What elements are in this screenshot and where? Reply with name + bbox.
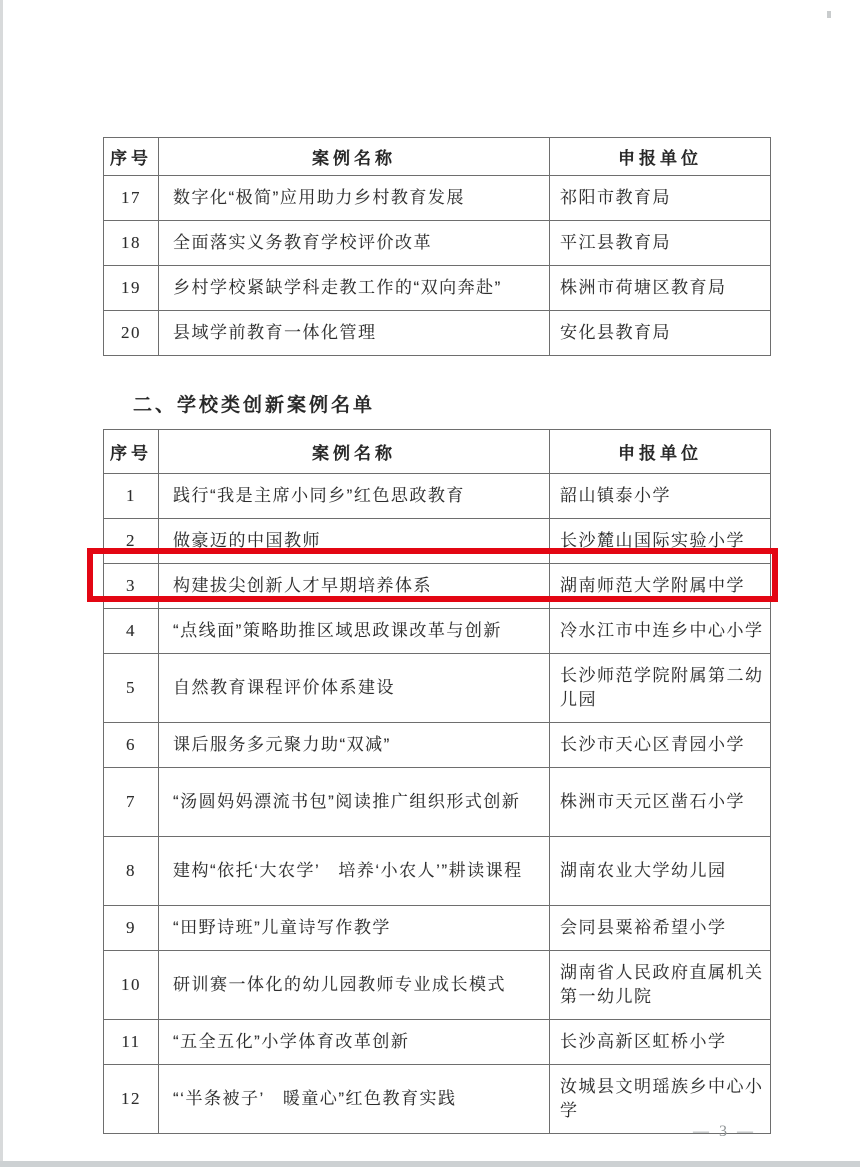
- unit-cell: 冷水江市中连乡中心小学: [550, 609, 771, 654]
- case-name-cell: 数字化“极简”应用助力乡村教育发展: [159, 176, 550, 221]
- row-number-cell: 9: [104, 906, 159, 951]
- case-name-cell: 研训赛一体化的幼儿园教师专业成长模式: [159, 951, 550, 1020]
- paper-edge-bottom: [0, 1161, 860, 1167]
- section-heading-school-cases: 二、学校类创新案例名单: [133, 390, 375, 417]
- table-header-row: 序号 案例名称 申报单位: [104, 430, 771, 474]
- table-row: 10研训赛一体化的幼儿园教师专业成长模式湖南省人民政府直属机关第一幼儿院: [104, 951, 771, 1020]
- unit-cell: 长沙师范学院附属第二幼儿园: [550, 654, 771, 723]
- table-row: 2做豪迈的中国教师长沙麓山国际实验小学: [104, 519, 771, 564]
- school-cases-table: 序号 案例名称 申报单位 1践行“我是主席小同乡”红色思政教育韶山镇泰小学2做豪…: [103, 429, 771, 1134]
- paper-edge-left: [0, 0, 3, 1167]
- table-row: 19乡村学校紧缺学科走教工作的“双向奔赴”株洲市荷塘区教育局: [104, 266, 771, 311]
- row-number-cell: 5: [104, 654, 159, 723]
- row-number-cell: 20: [104, 311, 159, 356]
- table-row: 7“汤圆妈妈漂流书包”阅读推广组织形式创新株洲市天元区凿石小学: [104, 768, 771, 837]
- case-name-cell: 践行“我是主席小同乡”红色思政教育: [159, 474, 550, 519]
- row-number-cell: 19: [104, 266, 159, 311]
- unit-cell: 平江县教育局: [550, 221, 771, 266]
- case-name-cell: 构建拔尖创新人才早期培养体系: [159, 564, 550, 609]
- case-name-cell: 自然教育课程评价体系建设: [159, 654, 550, 723]
- header-cell-case-name: 案例名称: [159, 138, 550, 176]
- case-name-cell: 建构“依托‘大农学’ 培养‘小农人’”耕读课程: [159, 837, 550, 906]
- case-name-cell: 县域学前教育一体化管理: [159, 311, 550, 356]
- unit-cell: 安化县教育局: [550, 311, 771, 356]
- table-row: 1践行“我是主席小同乡”红色思政教育韶山镇泰小学: [104, 474, 771, 519]
- case-name-cell: 做豪迈的中国教师: [159, 519, 550, 564]
- header-cell-case-name: 案例名称: [159, 430, 550, 474]
- table-row: 4“点线面”策略助推区域思政课改革与创新冷水江市中连乡中心小学: [104, 609, 771, 654]
- table-row: 9“田野诗班”儿童诗写作教学会同县粟裕希望小学: [104, 906, 771, 951]
- case-name-cell: 乡村学校紧缺学科走教工作的“双向奔赴”: [159, 266, 550, 311]
- table-row: 18全面落实义务教育学校评价改革平江县教育局: [104, 221, 771, 266]
- case-name-cell: 课后服务多元聚力助“双减”: [159, 723, 550, 768]
- unit-cell: 株洲市荷塘区教育局: [550, 266, 771, 311]
- row-number-cell: 1: [104, 474, 159, 519]
- case-name-cell: “点线面”策略助推区域思政课改革与创新: [159, 609, 550, 654]
- table-row: 11“五全五化”小学体育改革创新长沙高新区虹桥小学: [104, 1020, 771, 1065]
- row-number-cell: 6: [104, 723, 159, 768]
- header-cell-unit: 申报单位: [550, 138, 771, 176]
- unit-cell: 长沙麓山国际实验小学: [550, 519, 771, 564]
- row-number-cell: 4: [104, 609, 159, 654]
- table-header-row: 序号 案例名称 申报单位: [104, 138, 771, 176]
- unit-cell: 长沙高新区虹桥小学: [550, 1020, 771, 1065]
- unit-cell: 湖南师范大学附属中学: [550, 564, 771, 609]
- header-cell-number: 序号: [104, 430, 159, 474]
- row-number-cell: 2: [104, 519, 159, 564]
- table-row: 8建构“依托‘大农学’ 培养‘小农人’”耕读课程湖南农业大学幼儿园: [104, 837, 771, 906]
- unit-cell: 株洲市天元区凿石小学: [550, 768, 771, 837]
- row-number-cell: 10: [104, 951, 159, 1020]
- table-row: 5自然教育课程评价体系建设长沙师范学院附属第二幼儿园: [104, 654, 771, 723]
- unit-cell: 长沙市天心区青园小学: [550, 723, 771, 768]
- unit-cell: 湖南农业大学幼儿园: [550, 837, 771, 906]
- case-name-cell: “田野诗班”儿童诗写作教学: [159, 906, 550, 951]
- row-number-cell: 12: [104, 1065, 159, 1134]
- case-name-cell: “五全五化”小学体育改革创新: [159, 1020, 550, 1065]
- header-cell-number: 序号: [104, 138, 159, 176]
- unit-cell: 祁阳市教育局: [550, 176, 771, 221]
- page-number: — 3 —: [693, 1123, 756, 1141]
- row-number-cell: 8: [104, 837, 159, 906]
- unit-cell: 会同县粟裕希望小学: [550, 906, 771, 951]
- unit-cell: 湖南省人民政府直属机关第一幼儿院: [550, 951, 771, 1020]
- table-row: 3构建拔尖创新人才早期培养体系湖南师范大学附属中学: [104, 564, 771, 609]
- table-row: 12“‘半条被子’ 暖童心”红色教育实践汝城县文明瑶族乡中心小学: [104, 1065, 771, 1134]
- case-name-cell: 全面落实义务教育学校评价改革: [159, 221, 550, 266]
- table-row: 20县域学前教育一体化管理安化县教育局: [104, 311, 771, 356]
- case-name-cell: “‘半条被子’ 暖童心”红色教育实践: [159, 1065, 550, 1134]
- row-number-cell: 18: [104, 221, 159, 266]
- table-row: 17数字化“极简”应用助力乡村教育发展祁阳市教育局: [104, 176, 771, 221]
- scan-artifact-speck: [827, 11, 831, 18]
- row-number-cell: 3: [104, 564, 159, 609]
- unit-cell: 韶山镇泰小学: [550, 474, 771, 519]
- row-number-cell: 11: [104, 1020, 159, 1065]
- header-cell-unit: 申报单位: [550, 430, 771, 474]
- case-name-cell: “汤圆妈妈漂流书包”阅读推广组织形式创新: [159, 768, 550, 837]
- education-bureau-cases-table: 序号 案例名称 申报单位 17数字化“极简”应用助力乡村教育发展祁阳市教育局18…: [103, 137, 771, 356]
- row-number-cell: 7: [104, 768, 159, 837]
- row-number-cell: 17: [104, 176, 159, 221]
- table-row: 6课后服务多元聚力助“双减”长沙市天心区青园小学: [104, 723, 771, 768]
